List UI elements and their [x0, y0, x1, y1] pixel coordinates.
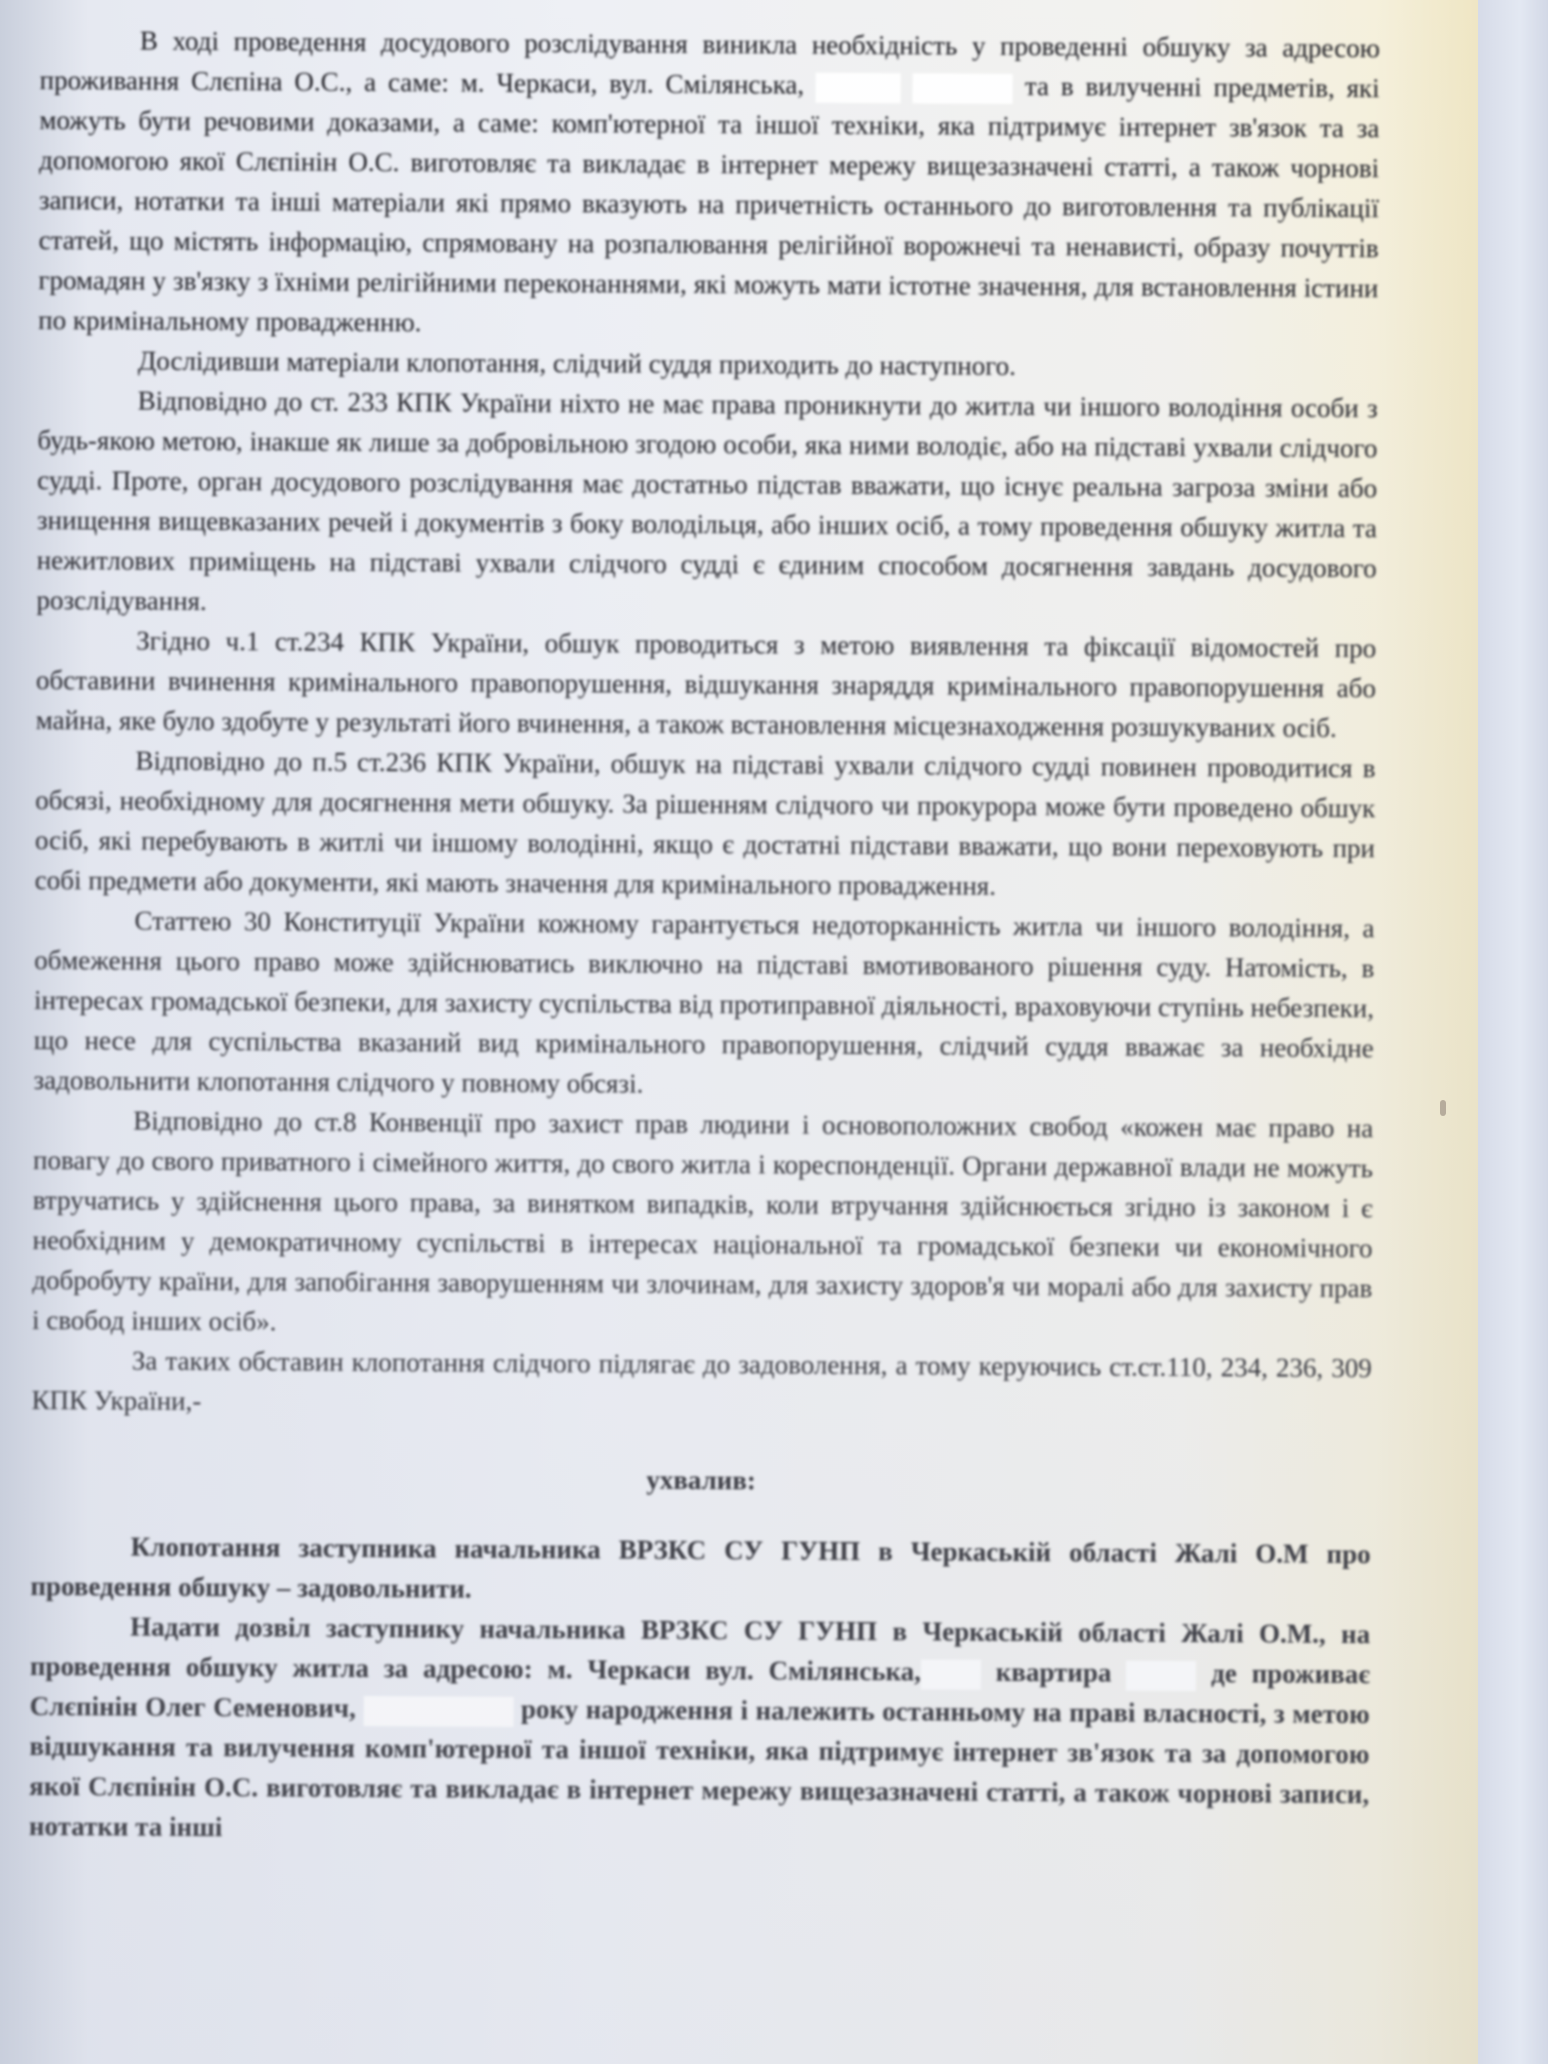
redaction-box	[913, 73, 1013, 104]
paragraph-grounds: За таких обставин клопотання слідчого пі…	[31, 1340, 1371, 1428]
paragraph-text: квартира	[981, 1657, 1127, 1688]
paper-mark	[1440, 1100, 1446, 1116]
ruling-item-grant-motion: Клопотання заступника начальника ВРЗКС С…	[30, 1526, 1370, 1614]
background-surface	[1478, 0, 1548, 2064]
paragraph-text	[901, 70, 913, 100]
paragraph-text: та в вилученні предметів, які можуть бут…	[38, 71, 1380, 337]
ruling-heading: ухвалив:	[31, 1456, 1371, 1504]
paragraph-art-233: Відповідно до ст. 233 КПК України ніхто …	[36, 380, 1377, 628]
paragraph-art-236: Відповідно до п.5 ст.236 КПК України, об…	[35, 740, 1376, 908]
document-body: В ході проведення досудового розслідуван…	[29, 20, 1380, 1854]
redaction-box	[1126, 1660, 1196, 1690]
redaction-box	[816, 73, 901, 104]
paragraph-convention-art-8: Відповідно до ст.8 Конвенції про захист …	[32, 1100, 1373, 1348]
redaction-box	[363, 1696, 513, 1727]
paragraph-search-necessity: В ході проведення досудового розслідуван…	[38, 20, 1380, 348]
ruling-item-search-permission: Надати дозвіл заступнику начальника ВРЗК…	[29, 1606, 1370, 1854]
paragraph-art-234: Згідно ч.1 ст.234 КПК України, обшук про…	[36, 620, 1377, 748]
document-page: В ході проведення досудового розслідуван…	[0, 0, 1478, 2064]
paragraph-constitution-art-30: Статтею 30 Конституції України кожному г…	[33, 900, 1374, 1108]
redaction-box	[921, 1659, 981, 1689]
